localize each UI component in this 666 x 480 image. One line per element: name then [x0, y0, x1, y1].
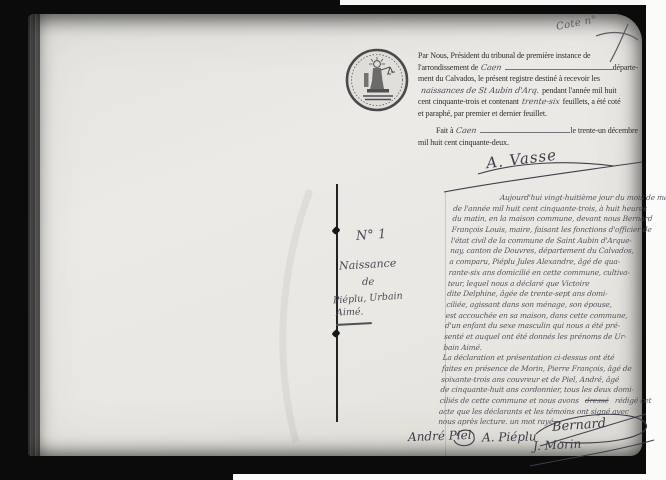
act-line: bain Aimé.: [443, 343, 644, 354]
scan-margin-top: [340, 0, 646, 5]
handwritten-fill-register-type: naissances de St Aubin d'Arq.: [417, 85, 543, 97]
act-line: La déclaration et présentation ci-dessus…: [442, 353, 643, 364]
act-line: ciliée, agissant dans son ménage, son ép…: [446, 300, 647, 311]
printed-line-1: Par Nous, Président du tribunal de premi…: [418, 50, 638, 62]
fill-rule-line: [480, 125, 571, 133]
printed-text: cent cinquante-trois et contenant: [418, 96, 519, 108]
piel-paraph-flourish: [450, 426, 480, 448]
act-line: a comparu, Piéplu Jules Alexandre, âgé d…: [449, 257, 650, 268]
act-line: de l'année mil huit cent cinquante-trois…: [453, 204, 654, 215]
act-line: teur, lequel nous a déclaré que Victoire: [447, 279, 648, 290]
printed-text: l'arrondissement de: [418, 62, 478, 74]
act-line: Aujourd'hui vingt-huitième jour du mois …: [453, 193, 654, 204]
printed-line-3: ment du Calvados, le présent registre de…: [418, 73, 638, 85]
mayor-signature-flourish: [520, 400, 660, 472]
printed-line-5: cent cinquante-trois et contenant trente…: [418, 96, 638, 108]
printed-text: le trente-un décembre: [570, 125, 638, 137]
printed-header: Par Nous, Président du tribunal de premi…: [418, 50, 638, 148]
president-signature-flourish: [438, 146, 648, 196]
handwritten-fill-fait-city: Caen: [453, 125, 481, 137]
act-line: François Louis, maire, faisant les fonct…: [451, 225, 652, 236]
book-spine-edge: [28, 14, 40, 456]
printed-text: Fait à: [436, 125, 453, 137]
birth-act-text: Aujourd'hui vingt-huitième jour du mois …: [438, 193, 654, 428]
fill-rule-line: [505, 62, 613, 70]
act-line: l'état civil de la commune de Saint Aubi…: [450, 236, 651, 247]
act-line: dite Delphine, âgée de trente-sept ans d…: [447, 289, 648, 300]
printed-text: départe-: [613, 62, 638, 74]
printed-text: pendant l'année mil huit: [542, 85, 616, 97]
printed-line-2: l'arrondissement de Caen départe-: [418, 62, 638, 74]
photo-background-bottom: [0, 452, 233, 480]
handwritten-fill-city: Caen: [477, 62, 505, 74]
tribunal-seal-stamp-icon: [344, 47, 410, 113]
act-line: soixante-trois ans couvreur et de Piel, …: [441, 375, 642, 386]
scanned-register-photo: Cote n° Par Nous, Président du tribunal …: [0, 0, 666, 480]
act-line: faites en présence de Morin, Pierre Fran…: [442, 364, 643, 375]
printed-line-4: naissances de St Aubin d'Arq. pendant l'…: [418, 85, 638, 97]
act-line: est accouchée en sa maison, dans cette c…: [445, 311, 646, 322]
act-line: senté et auquel ont été donnés les préno…: [444, 332, 645, 343]
handwritten-fill-folio-count: trente-six: [518, 96, 563, 108]
margin-nature-line2: de: [362, 277, 374, 288]
printed-fait-line: Fait à Caen le trente-un décembre: [418, 125, 638, 137]
printed-line-6: et paraphé, par premier et dernier feuil…: [418, 108, 638, 120]
act-line: rante-six ans domicilié en cette commune…: [448, 268, 649, 279]
printed-text: feuillets, a été coté: [563, 96, 621, 108]
act-number: N° 1: [356, 227, 387, 244]
act-line: d'un enfant du sexe masculin qui nous a …: [445, 321, 646, 332]
signature-witness-morin: J. Morin: [533, 437, 582, 454]
act-line: du matin, en la maison commune, devant n…: [452, 214, 653, 225]
margin-name-line2: Aimé.: [336, 307, 364, 319]
act-line: de cinquante-huit ans cordonnier, tous l…: [440, 385, 641, 396]
act-line: nay, canton de Douvres, département du C…: [450, 246, 651, 257]
